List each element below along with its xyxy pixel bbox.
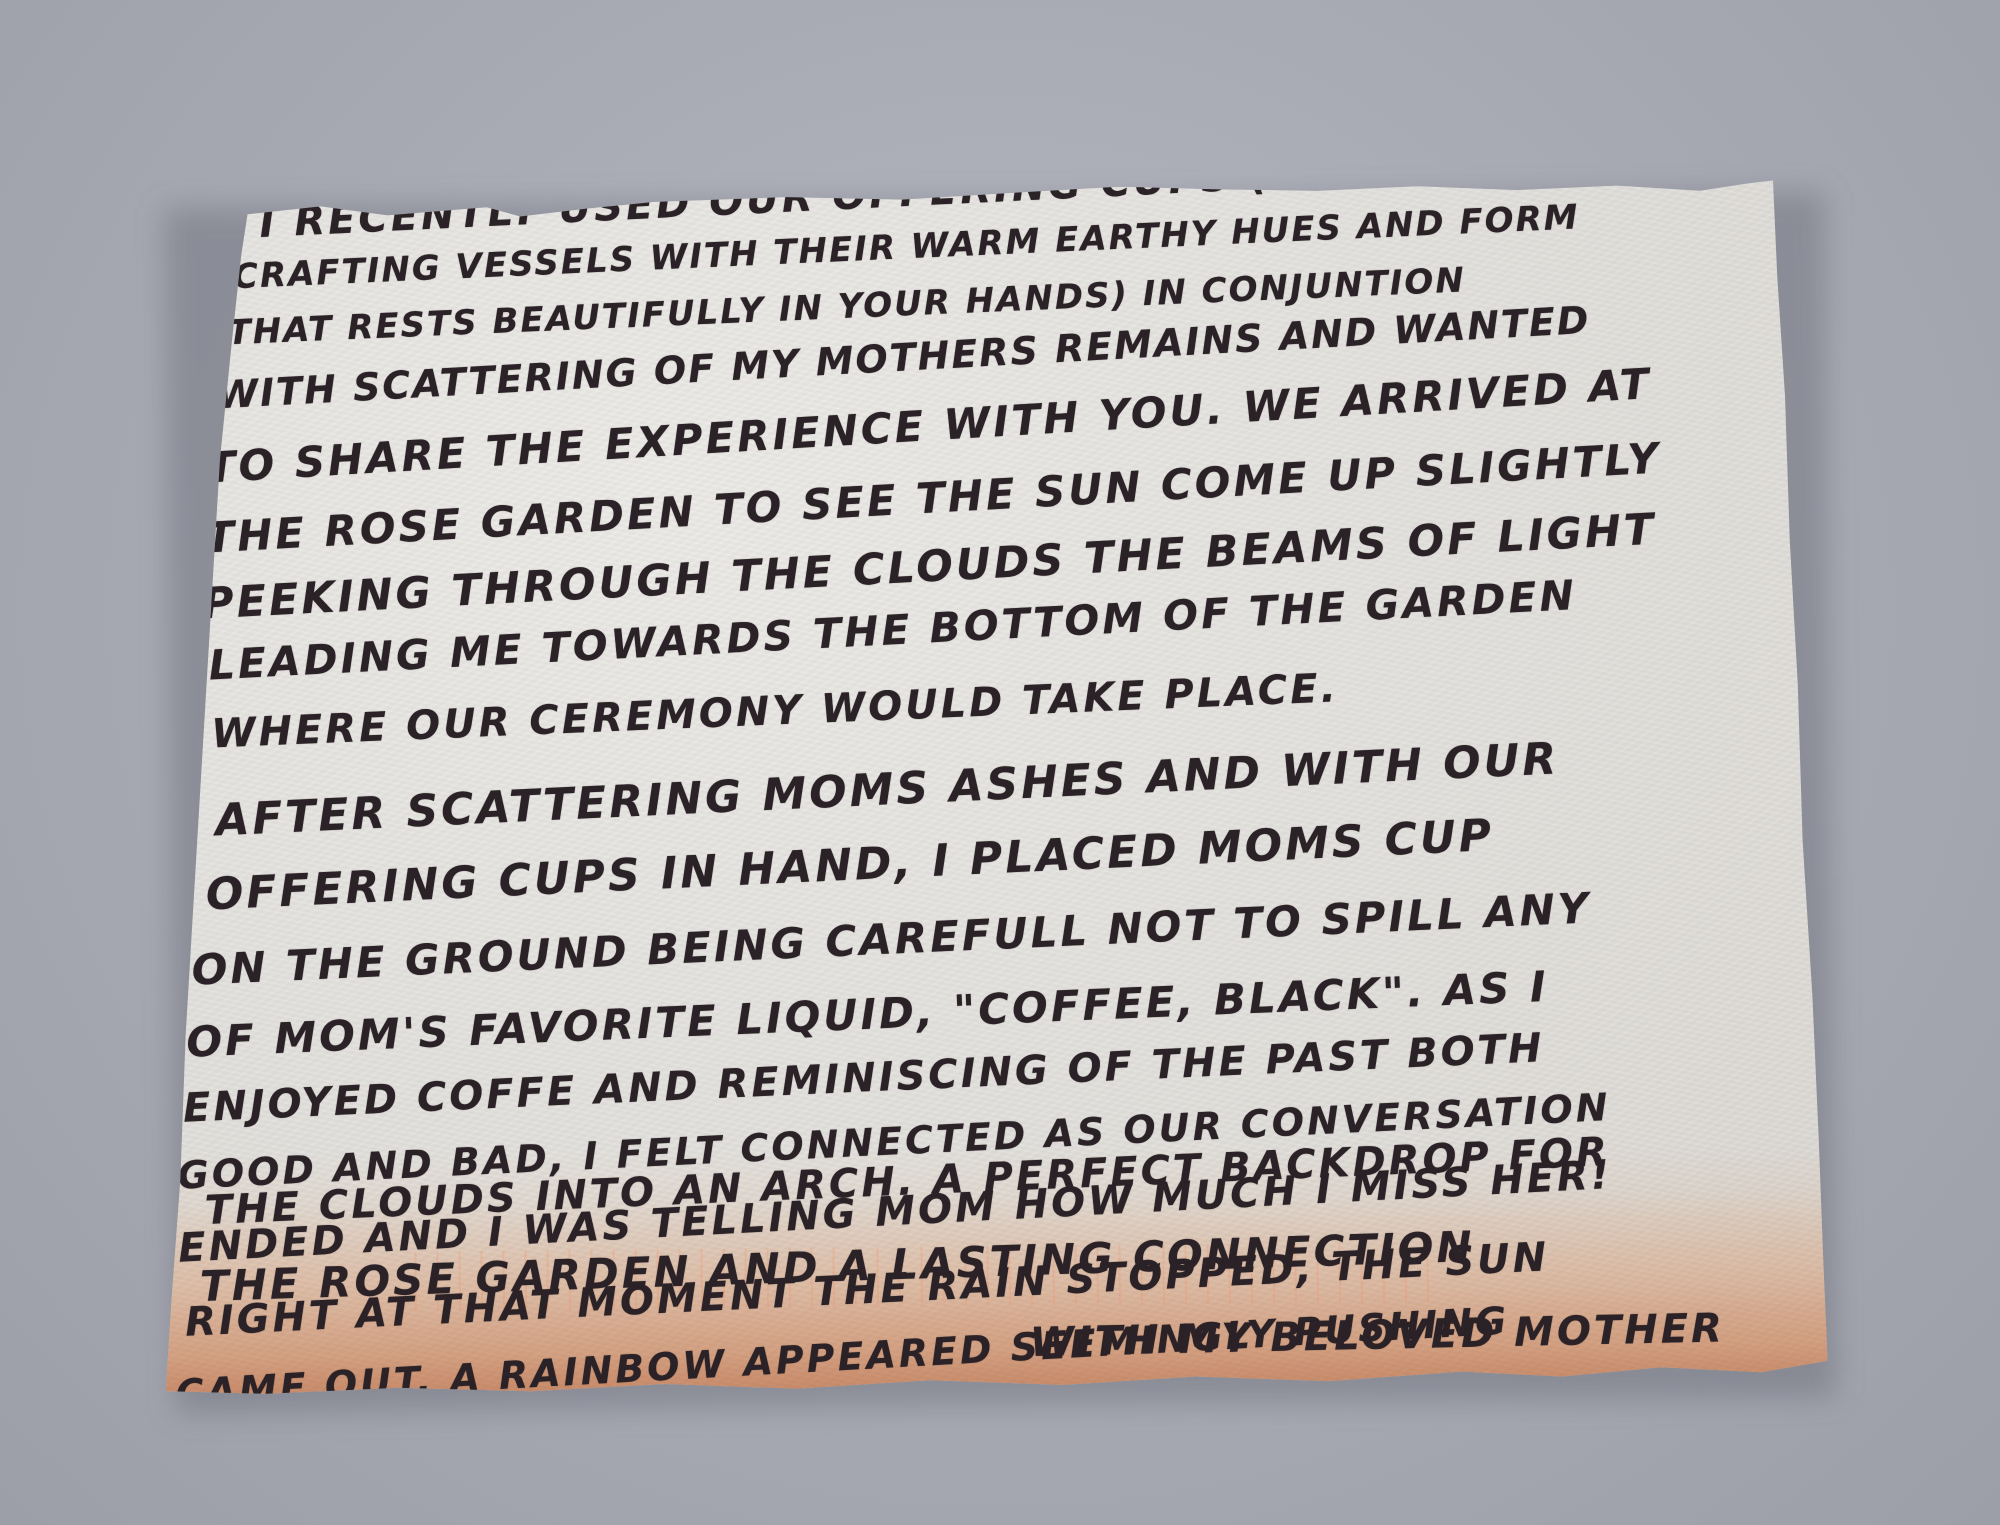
photo-scene: I RECENTLY USED OUR OFFERING CUPS (AND T…: [0, 0, 2000, 1525]
letter-body: I RECENTLY USED OUR OFFERING CUPS (AND T…: [154, 180, 1827, 1396]
handwritten-letter-paper: I RECENTLY USED OUR OFFERING CUPS (AND T…: [154, 180, 1827, 1396]
